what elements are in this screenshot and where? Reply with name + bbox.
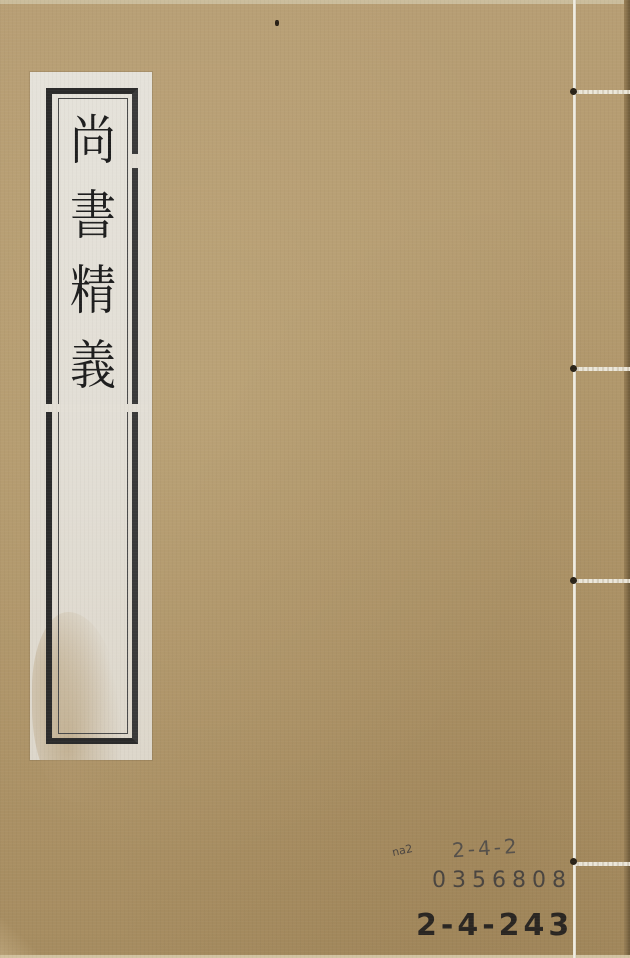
- book-title: 尚 書 精 義: [60, 102, 126, 402]
- binding-stitch-3: [574, 579, 630, 583]
- binding-thread-vertical: [573, 0, 576, 958]
- title-char-1: 尚: [70, 113, 116, 166]
- cover-top-edge: [0, 0, 630, 4]
- binding-hole-4: [570, 858, 577, 865]
- binding-stitch-4: [574, 862, 630, 866]
- cover-right-edge: [624, 0, 630, 958]
- binding-hole-1: [570, 88, 577, 95]
- title-label: 尚 書 精 義: [30, 72, 152, 760]
- catalog-number-3: 2-4-243: [416, 908, 573, 943]
- binding-hole-3: [570, 577, 577, 584]
- binding-stitch-2: [574, 367, 630, 371]
- catalog-number-2: 0356808: [432, 868, 572, 893]
- catalog-prefix: na2: [391, 842, 414, 859]
- ink-speck: [275, 20, 279, 26]
- title-char-3: 精: [70, 263, 116, 316]
- binding-stitch-1: [574, 90, 630, 94]
- label-border-break: [44, 404, 148, 412]
- binding-hole-2: [570, 365, 577, 372]
- title-char-2: 書: [70, 188, 116, 241]
- book-cover: 尚 書 精 義 na2 2-4-2 0356808 2-4-243: [0, 0, 630, 958]
- title-char-4: 義: [70, 338, 116, 391]
- catalog-number-1: 2-4-2: [451, 834, 520, 863]
- worn-corner: [0, 918, 40, 958]
- label-border-tear: [130, 154, 140, 168]
